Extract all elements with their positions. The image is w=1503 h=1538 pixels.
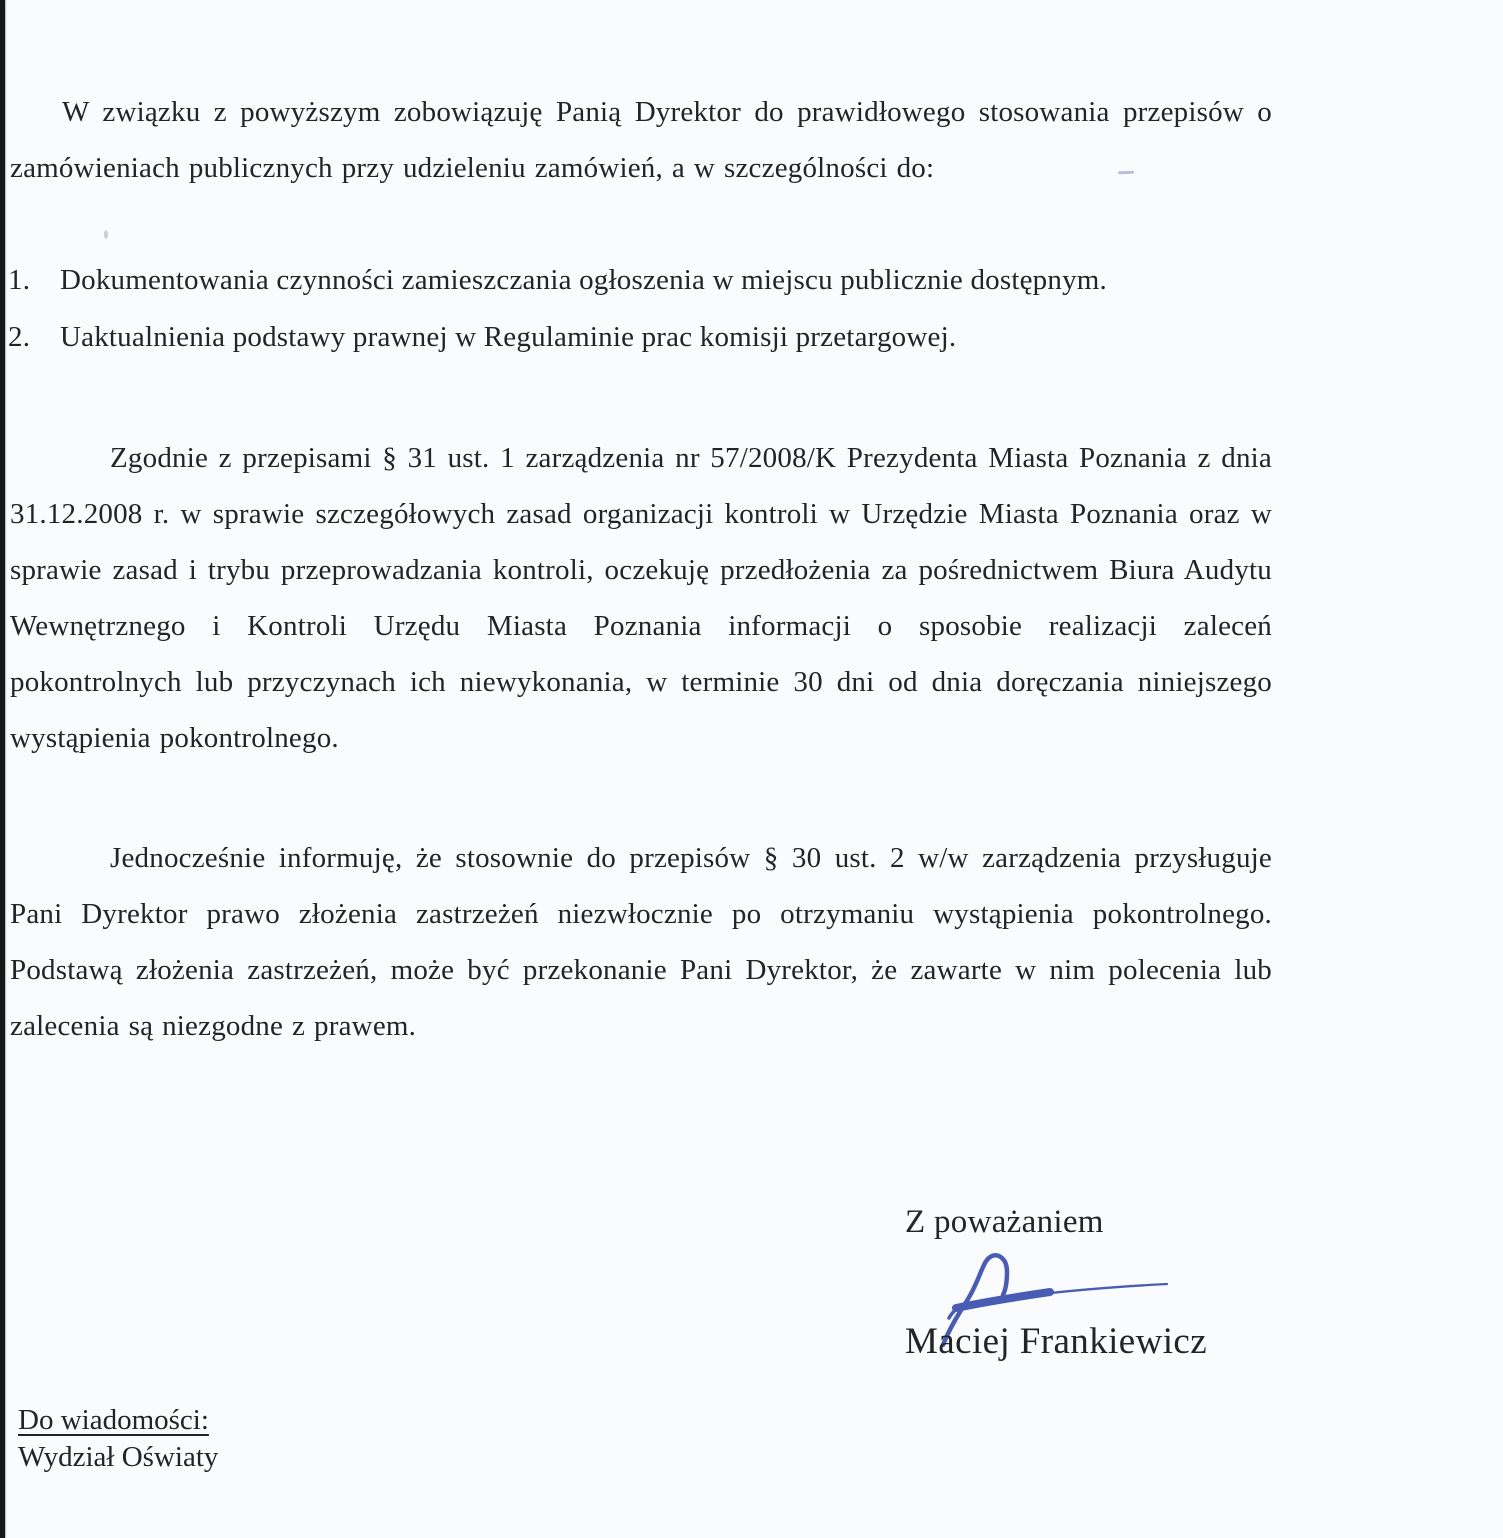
footer-recipient: Wydział Oświaty [18,1439,218,1476]
list-item-number: 1. [8,252,60,309]
footer-label: Do wiadomości: [18,1402,218,1439]
handwritten-signature [0,0,1503,1538]
list-item: 2. Uaktualnienia podstawy prawnej w Regu… [8,309,1278,366]
list-item-number: 2. [8,309,60,366]
paragraph-legal-basis: Zgodnie z przepisami § 31 ust. 1 zarządz… [10,430,1272,766]
footer-distribution: Do wiadomości: Wydział Oświaty [18,1402,218,1476]
signer-name: Maciej Frankiewicz [905,1320,1207,1363]
scan-speck-artifact [1118,171,1134,175]
scan-edge-artifact [0,0,5,1538]
scan-speck-artifact [104,230,108,239]
list-item: 1. Dokumentowania czynności zamieszczani… [8,252,1278,309]
list-item-text: Dokumentowania czynności zamieszczania o… [60,252,1278,309]
list-item-text: Uaktualnienia podstawy prawnej w Regulam… [60,309,1278,366]
numbered-list: 1. Dokumentowania czynności zamieszczani… [8,252,1278,366]
paragraph-obligation: W związku z powyższym zobowiązuję Panią … [10,84,1272,196]
paragraph-objection-rights: Jednocześnie informuję, że stosownie do … [10,830,1272,1054]
closing-salutation: Z poważaniem [905,1204,1104,1241]
scanned-letter-page: W związku z powyższym zobowiązuję Panią … [0,0,1503,1538]
